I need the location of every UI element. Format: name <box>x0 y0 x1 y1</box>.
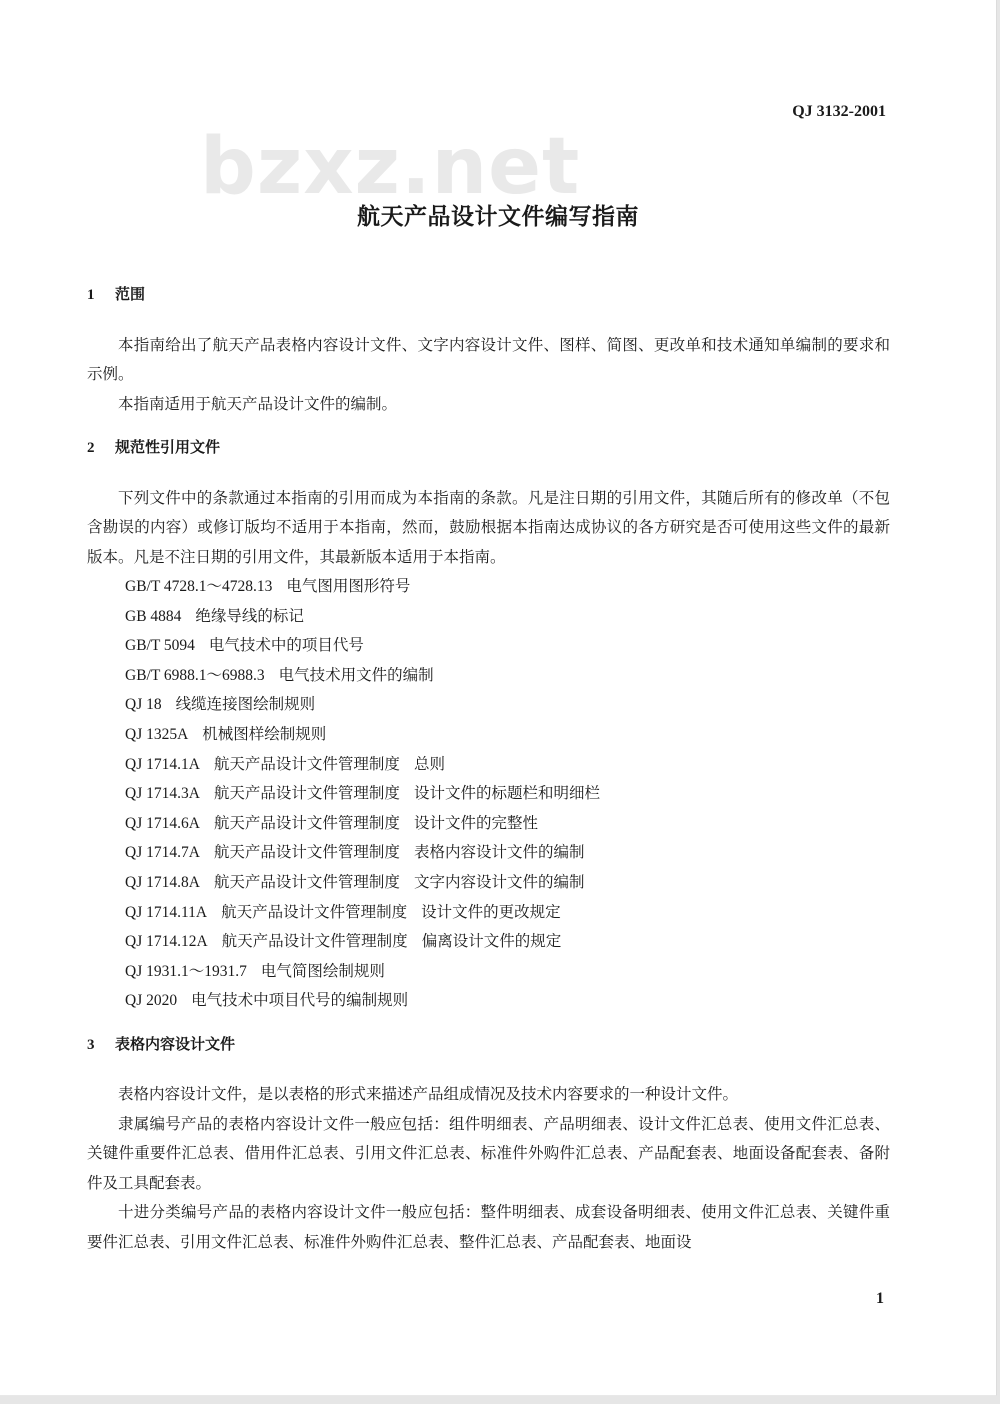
reference-code: QJ 1714.7A <box>125 844 200 861</box>
section-title: 范围 <box>115 285 145 303</box>
section-heading: 1范围 <box>87 280 890 311</box>
paragraph: 隶属编号产品的表格内容设计文件一般应包括：组件明细表、产品明细表、设计文件汇总表… <box>87 1110 890 1199</box>
reference-code: QJ 2020 <box>125 992 177 1009</box>
reference-subtitle: 总则 <box>414 755 445 773</box>
reference-title: 绝缘导线的标记 <box>195 607 304 625</box>
reference-title: 航天产品设计文件管理制度 <box>214 843 400 861</box>
reference-title: 航天产品设计文件管理制度 <box>214 873 400 891</box>
section-number: 2 <box>87 434 115 464</box>
page-number: 1 <box>876 1290 884 1308</box>
standard-code: QJ 3132-2001 <box>792 103 886 121</box>
section-number: 1 <box>87 281 115 311</box>
reference-code: QJ 1714.1A <box>125 756 200 773</box>
reference-list: GB/T 4728.1～4728.13电气图用图形符号 GB 4884绝缘导线的… <box>87 572 890 1016</box>
reference-subtitle: 设计文件的标题栏和明细栏 <box>414 784 600 802</box>
reference-code: GB 4884 <box>125 608 181 625</box>
paragraph: 本指南适用于航天产品设计文件的编制。 <box>87 390 890 420</box>
reference-title: 电气技术中项目代号的编制规则 <box>191 991 408 1009</box>
reference-item: QJ 1714.1A航天产品设计文件管理制度总则 <box>125 750 890 780</box>
reference-title: 机械图样绘制规则 <box>202 725 326 743</box>
section-heading: 3表格内容设计文件 <box>87 1030 890 1061</box>
reference-item: QJ 2020电气技术中项目代号的编制规则 <box>125 986 890 1016</box>
reference-subtitle: 设计文件的完整性 <box>414 814 538 832</box>
reference-item: QJ 1714.12A航天产品设计文件管理制度偏离设计文件的规定 <box>125 927 890 957</box>
document-page: QJ 3132-2001 bzxz.net 航天产品设计文件编写指南 1范围 本… <box>0 0 997 1396</box>
reference-item: GB/T 6988.1～6988.3电气技术用文件的编制 <box>125 661 890 691</box>
section-title: 规范性引用文件 <box>115 438 220 456</box>
reference-title: 电气图用图形符号 <box>286 577 410 595</box>
reference-code: GB/T 4728.1～4728.13 <box>125 578 272 595</box>
reference-item: QJ 1714.7A航天产品设计文件管理制度表格内容设计文件的编制 <box>125 838 890 868</box>
reference-code: QJ 1714.3A <box>125 785 200 802</box>
reference-item: GB/T 5094电气技术中的项目代号 <box>125 631 890 661</box>
reference-item: QJ 1931.1～1931.7电气简图绘制规则 <box>125 957 890 987</box>
reference-code: QJ 1714.8A <box>125 874 200 891</box>
reference-item: QJ 18线缆连接图绘制规则 <box>125 690 890 720</box>
section-heading: 2规范性引用文件 <box>87 433 890 464</box>
reference-title: 航天产品设计文件管理制度 <box>214 784 400 802</box>
reference-subtitle: 设计文件的更改规定 <box>421 903 561 921</box>
reference-subtitle: 表格内容设计文件的编制 <box>414 843 585 861</box>
reference-subtitle: 偏离设计文件的规定 <box>422 932 562 950</box>
section-title: 表格内容设计文件 <box>115 1035 235 1053</box>
reference-title: 电气简图绘制规则 <box>261 962 385 980</box>
reference-title: 电气技术用文件的编制 <box>279 666 434 684</box>
document-body: 1范围 本指南给出了航天产品表格内容设计文件、文字内容设计文件、图样、简图、更改… <box>87 280 890 1257</box>
paragraph: 表格内容设计文件，是以表格的形式来描述产品组成情况及技术内容要求的一种设计文件。 <box>87 1080 890 1110</box>
reference-code: QJ 18 <box>125 696 162 713</box>
reference-title: 航天产品设计文件管理制度 <box>222 932 408 950</box>
reference-title: 航天产品设计文件管理制度 <box>214 755 400 773</box>
reference-title: 电气技术中的项目代号 <box>209 636 364 654</box>
reference-title: 航天产品设计文件管理制度 <box>214 814 400 832</box>
reference-code: QJ 1714.12A <box>125 933 208 950</box>
watermark: bzxz.net <box>200 128 580 206</box>
reference-code: QJ 1714.6A <box>125 815 200 832</box>
reference-item: GB 4884绝缘导线的标记 <box>125 602 890 632</box>
section-scope: 1范围 本指南给出了航天产品表格内容设计文件、文字内容设计文件、图样、简图、更改… <box>87 280 890 419</box>
section-number: 3 <box>87 1031 115 1061</box>
reference-code: QJ 1714.11A <box>125 904 207 921</box>
paragraph: 十进分类编号产品的表格内容设计文件一般应包括：整件明细表、成套设备明细表、使用文… <box>87 1198 890 1257</box>
reference-title: 航天产品设计文件管理制度 <box>221 903 407 921</box>
reference-title: 线缆连接图绘制规则 <box>176 695 316 713</box>
section-normative-references: 2规范性引用文件 下列文件中的条款通过本指南的引用而成为本指南的条款。凡是注日期… <box>87 433 890 1016</box>
reference-code: GB/T 5094 <box>125 637 195 654</box>
paragraph: 下列文件中的条款通过本指南的引用而成为本指南的条款。凡是注日期的引用文件，其随后… <box>87 484 890 573</box>
reference-item: QJ 1714.3A航天产品设计文件管理制度设计文件的标题栏和明细栏 <box>125 779 890 809</box>
reference-item: QJ 1714.11A航天产品设计文件管理制度设计文件的更改规定 <box>125 898 890 928</box>
reference-item: QJ 1325A机械图样绘制规则 <box>125 720 890 750</box>
reference-code: QJ 1931.1～1931.7 <box>125 963 247 980</box>
reference-item: QJ 1714.6A航天产品设计文件管理制度设计文件的完整性 <box>125 809 890 839</box>
reference-subtitle: 文字内容设计文件的编制 <box>414 873 585 891</box>
reference-code: QJ 1325A <box>125 726 188 743</box>
document-title: 航天产品设计文件编写指南 <box>0 198 996 231</box>
reference-code: GB/T 6988.1～6988.3 <box>125 667 265 684</box>
paragraph: 本指南给出了航天产品表格内容设计文件、文字内容设计文件、图样、简图、更改单和技术… <box>87 331 890 390</box>
reference-item: QJ 1714.8A航天产品设计文件管理制度文字内容设计文件的编制 <box>125 868 890 898</box>
reference-item: GB/T 4728.1～4728.13电气图用图形符号 <box>125 572 890 602</box>
section-tabular-design-documents: 3表格内容设计文件 表格内容设计文件，是以表格的形式来描述产品组成情况及技术内容… <box>87 1030 890 1258</box>
